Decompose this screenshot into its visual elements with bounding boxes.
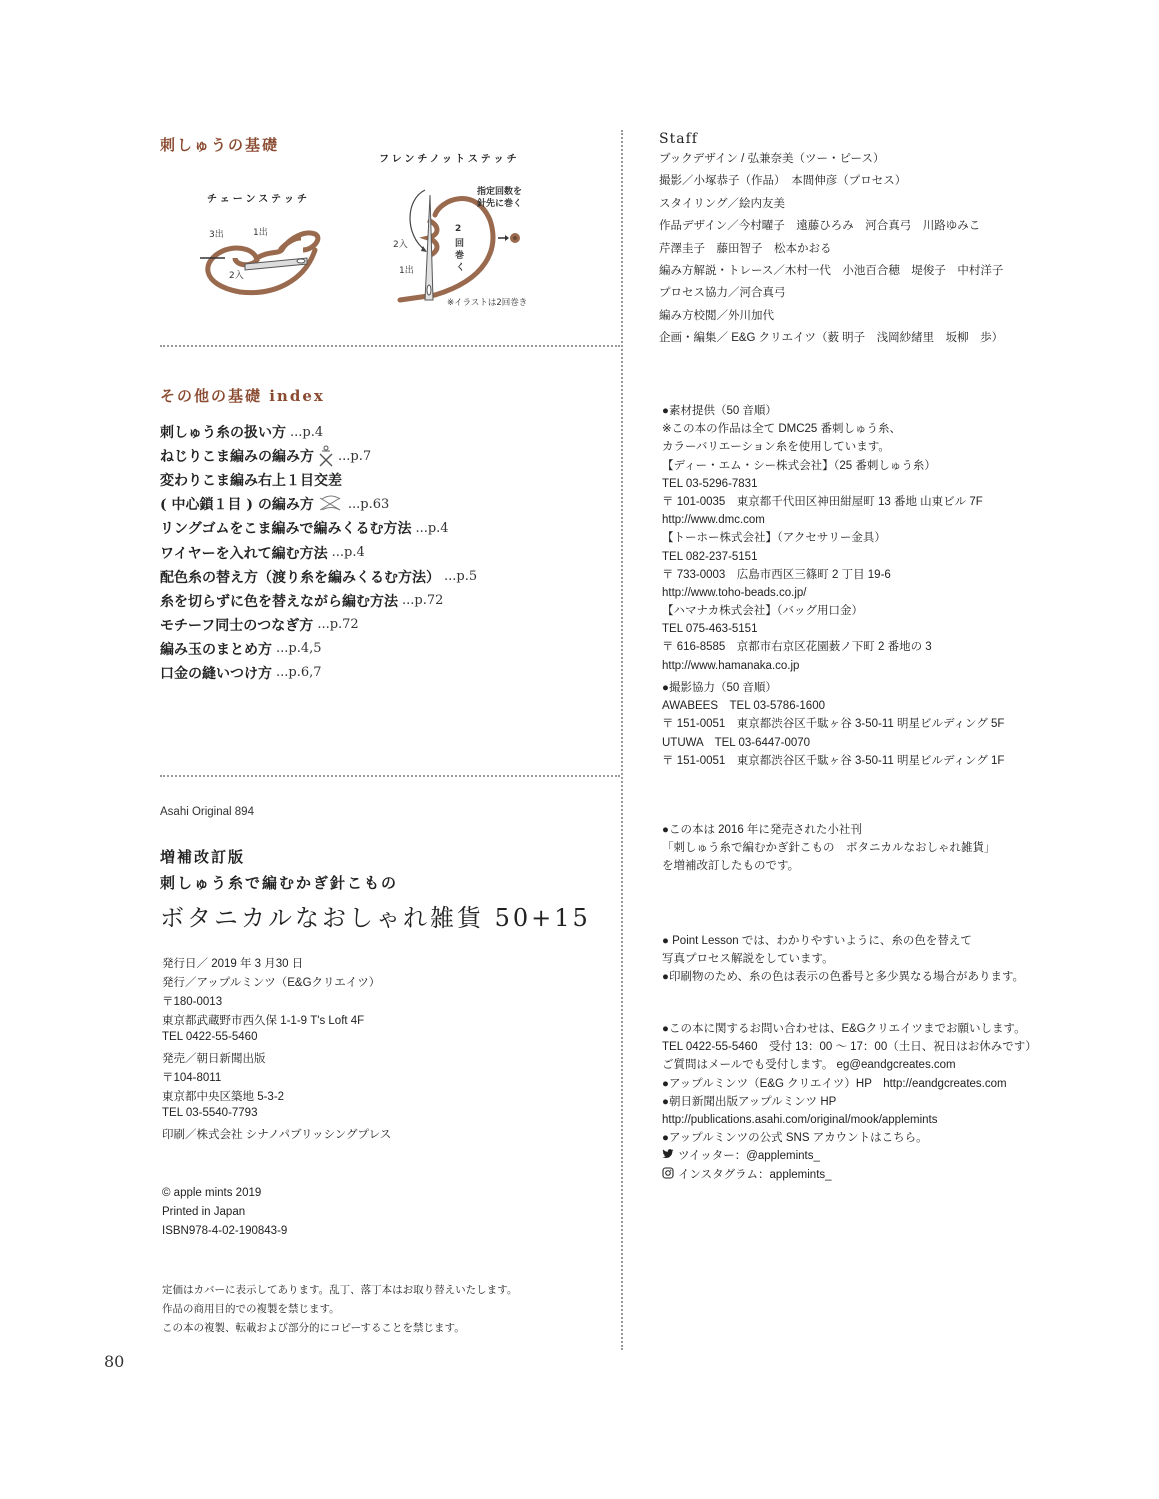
book-subtitle: 刺しゅう糸で編むかぎ針こもの	[160, 872, 398, 893]
publisher-address: 東京都武蔵野市西久保 1-1-9 T's Loft 4F	[162, 1012, 391, 1031]
note-line: ●印刷物のため、糸の色は表示の色番号と多少異なる場合があります。	[662, 969, 1024, 987]
distributor-address: 東京都中央区築地 5-3-2	[162, 1088, 391, 1107]
note-line: を増補改訂したものです。	[662, 858, 996, 876]
materials-line: TEL 082-237-5151	[662, 549, 983, 567]
french-knot-label: フレンチノットステッチ	[379, 150, 520, 165]
index-item: ねじりこま編みの編み方 ...p.7	[160, 444, 477, 468]
materials-line: TEL 075-463-5151	[662, 621, 983, 639]
distributor: 発売／朝日新聞出版	[162, 1050, 391, 1069]
french-knot-diagram	[395, 180, 555, 305]
printed-in: Printed in Japan	[162, 1206, 287, 1225]
index-item: リングゴムをこま編みで編みくるむ方法...p.4	[160, 516, 477, 540]
photo-line: 〒 151-0051 東京都渋谷区千駄ヶ谷 3-50-11 明星ビルディング 1…	[662, 753, 1004, 771]
twitter-bird-icon	[662, 1148, 674, 1160]
divider-index-colophon	[160, 775, 620, 777]
copyright: © apple mints 2019	[162, 1187, 287, 1206]
distributor-tel: TEL 03-5540-7793	[162, 1107, 391, 1126]
notice-line: この本の複製、転載および部分的にコピーすることを禁じます。	[162, 1320, 517, 1339]
index-item: ワイヤーを入れて編む方法...p.4	[160, 540, 477, 564]
french-note-caption: ※イラストは2回巻き	[447, 296, 527, 308]
note-line: 写真プロセス解説をしています。	[662, 951, 1024, 969]
section-title-embroidery-basics: 刺しゅうの基礎	[160, 134, 279, 155]
materials-line: 〒 101-0035 東京都千代田区神田紺屋町 13 番地 山東ビル 7F	[662, 494, 983, 512]
index-item: モチーフ同士のつなぎ方...p.72	[160, 613, 477, 637]
contact-hp-link[interactable]: ●アップルミンツ（E&G クリエイツ）HP http://eandgcreate…	[662, 1076, 1037, 1094]
photo-cooperation: ●撮影協力（50 音順） AWABEES TEL 03-5786-1600 〒 …	[662, 680, 1004, 771]
divider-basics-index	[160, 345, 620, 347]
publisher-postal: 〒180-0013	[162, 993, 391, 1012]
materials-url[interactable]: http://www.hamanaka.co.jp	[662, 658, 983, 676]
contact-line: TEL 0422-55-5460 受付 13：00 〜 17：00（土日、祝日は…	[662, 1039, 1037, 1057]
materials-line: ●素材提供（50 音順）	[662, 403, 983, 421]
notice-line: 定価はカバーに表示してあります。乱丁、落丁本はお取り替えいたします。	[162, 1282, 517, 1301]
index-list: 刺しゅう糸の扱い方...p.4 ねじりこま編みの編み方 ...p.7 変わりこま…	[160, 420, 477, 685]
index-item: 変わりこま編み右上１目交差	[160, 468, 477, 492]
book-title: ボタニカルなおしゃれ雑貨 50+15	[160, 898, 591, 933]
materials-line: ※この本の作品は全て DMC25 番刺しゅう糸、	[662, 421, 983, 439]
index-item: 配色糸の替え方（渡り糸を編みくるむ方法）...p.5	[160, 565, 477, 589]
staff-line: 作品デザイン／今村曜子 遠藤ひろみ 河合真弓 川路ゆみこ	[659, 217, 1003, 239]
index-item: ( 中心鎖１目 ) の編み方 ...p.63	[160, 492, 477, 516]
legal-notice: 定価はカバーに表示してあります。乱丁、落丁本はお取り替えいたします。 作品の商用…	[162, 1282, 517, 1339]
distributor-postal: 〒104-8011	[162, 1069, 391, 1088]
note-line: ●この本は 2016 年に発売された小社刊	[662, 822, 996, 840]
staff-line: 撮影／小塚恭子（作品） 本間伸彦（プロセス）	[659, 172, 1003, 194]
staff-line: ブックデザイン / 弘兼奈美（ツー・ピース）	[659, 150, 1003, 172]
contact-email[interactable]: ご質問はメールでも受付します。 eg@eandgcreates.com	[662, 1057, 1037, 1075]
note-line: 「刺しゅう糸で編むかぎ針こもの ボタニカルなおしゃれ雑貨」	[662, 840, 996, 858]
index-item: 口金の縫いつけ方...p.6,7	[160, 661, 477, 685]
staff-title: Staff	[659, 131, 698, 147]
photo-line: UTUWA TEL 03-6447-0070	[662, 735, 1004, 753]
staff-line: プロセス協力／河合真弓	[659, 284, 1003, 306]
french-note-2-in: 2入	[393, 237, 408, 250]
materials-url[interactable]: http://www.toho-beads.co.jp/	[662, 585, 983, 603]
isbn: ISBN978-4-02-190843-9	[162, 1225, 287, 1244]
photo-line: 〒 151-0051 東京都渋谷区千駄ヶ谷 3-50-11 明星ビルディング 5…	[662, 716, 1004, 734]
contact-asahi-url[interactable]: http://publications.asahi.com/original/m…	[662, 1112, 1037, 1130]
twisted-stitch-symbol-icon	[318, 445, 334, 467]
cross-stitch-symbol-icon	[318, 495, 344, 513]
instagram-icon	[662, 1167, 674, 1179]
vertical-divider	[621, 130, 623, 1350]
photo-line: AWABEES TEL 03-5786-1600	[662, 698, 1004, 716]
french-note-wrap-line2: 針先に巻く	[477, 196, 522, 209]
index-item: 編み玉のまとめ方...p.4,5	[160, 637, 477, 661]
printer: 印刷／株式会社 シナノパブリッシングプレス	[162, 1126, 391, 1145]
pub-date: 発行日／ 2019 年 3 月30 日	[162, 955, 391, 974]
materials-url[interactable]: http://www.dmc.com	[662, 512, 983, 530]
revision-note: ●この本は 2016 年に発売された小社刊 「刺しゅう糸で編むかぎ針こもの ボタ…	[662, 822, 996, 877]
staff-line: 編み方解説・トレース／木村一代 小池百合穂 堤俊子 中村洋子	[659, 262, 1003, 284]
edition-label: 増補改訂版	[160, 846, 245, 867]
materials-line: 〒 733-0003 広島市西区三篠町 2 丁目 19-6	[662, 567, 983, 585]
french-note-twice-d: く	[456, 260, 465, 273]
materials-line: カラーバリエーション糸を使用しています。	[662, 439, 983, 457]
materials-line: TEL 03-5296-7831	[662, 476, 983, 494]
instagram-account[interactable]: インスタグラム：applemints_	[662, 1167, 1037, 1185]
publication-info: 発行日／ 2019 年 3 月30 日 発行／アップルミンツ（E&Gクリエイツ）…	[162, 955, 391, 1145]
chain-note-2-in: 2入	[229, 268, 244, 281]
materials-line: 【ディー・エム・シー株式会社】（25 番刺しゅう糸）	[662, 458, 983, 476]
page-number: 80	[104, 1352, 124, 1371]
contact-line: ●朝日新聞出版アップルミンツ HP	[662, 1094, 1037, 1112]
french-note-1-out: 1出	[399, 263, 414, 276]
section-title-index: その他の基礎 index	[160, 385, 325, 406]
materials-credits: ●素材提供（50 音順） ※この本の作品は全て DMC25 番刺しゅう糸、 カラ…	[662, 403, 983, 676]
notice-line: 作品の商用目的での複製を禁じます。	[162, 1301, 517, 1320]
chain-note-1-out: 1出	[253, 225, 268, 238]
photo-line: ●撮影協力（50 音順）	[662, 680, 1004, 698]
publisher: 発行／アップルミンツ（E&Gクリエイツ）	[162, 974, 391, 993]
french-note-twice-a: 2	[455, 224, 461, 234]
contact-line: ●アップルミンツの公式 SNS アカウントはこちら。	[662, 1130, 1037, 1148]
point-lesson-note: ● Point Lesson では、わかりやすいように、糸の色を替えて 写真プロ…	[662, 933, 1024, 988]
staff-line: 編み方校閲／外川加代	[659, 307, 1003, 329]
materials-line: 〒 616-8585 京都市右京区花園薮ノ下町 2 番地の 3	[662, 639, 983, 657]
note-line: ● Point Lesson では、わかりやすいように、糸の色を替えて	[662, 933, 1024, 951]
staff-list: ブックデザイン / 弘兼奈美（ツー・ピース） 撮影／小塚恭子（作品） 本間伸彦（…	[659, 150, 1003, 352]
materials-line: 【ハマナカ株式会社】（バッグ用口金）	[662, 603, 983, 621]
index-item: 刺しゅう糸の扱い方...p.4	[160, 420, 477, 444]
staff-line: スタイリング／絵内友美	[659, 195, 1003, 217]
index-item: 糸を切らずに色を替えながら編む方法...p.72	[160, 589, 477, 613]
rights-info: © apple mints 2019 Printed in Japan ISBN…	[162, 1187, 287, 1244]
contact-line: ●この本に関するお問い合わせは、E&Gクリエイツまでお願いします。	[662, 1021, 1037, 1039]
publisher-tel: TEL 0422-55-5460	[162, 1031, 391, 1050]
materials-line: 【トーホー株式会社】（アクセサリー金具）	[662, 530, 983, 548]
series-name: Asahi Original 894	[160, 806, 254, 818]
chain-stitch-label: チェーンステッチ	[207, 190, 310, 205]
chain-note-3-out: 3出	[209, 227, 224, 240]
staff-line: 企画・編集／ E&G クリエイツ（薮 明子 浅岡紗緒里 坂柳 歩）	[659, 329, 1003, 351]
twitter-account[interactable]: ツイッター：@applemints_	[662, 1148, 1037, 1166]
contact-info: ●この本に関するお問い合わせは、E&Gクリエイツまでお願いします。 TEL 04…	[662, 1021, 1037, 1185]
staff-line: 芹澤圭子 藤田智子 松本かおる	[659, 240, 1003, 262]
